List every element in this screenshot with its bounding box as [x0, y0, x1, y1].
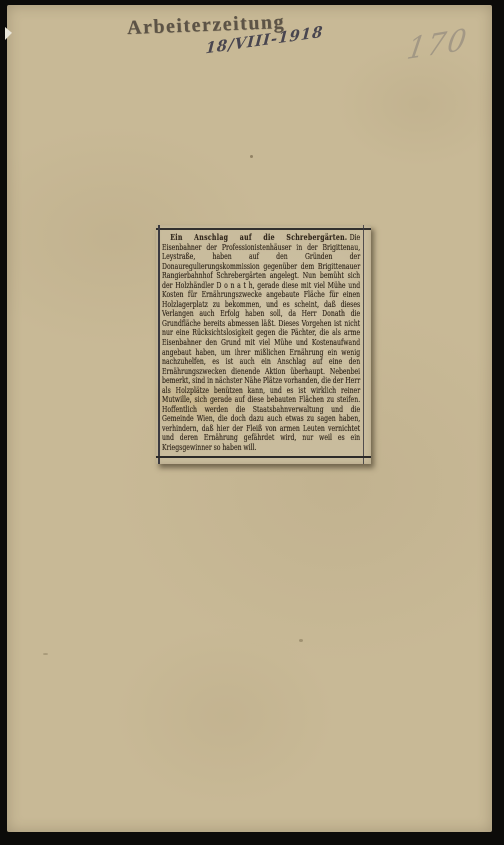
clipping-right-column-rule: [363, 225, 365, 464]
paper-sheet: Arbeiterzeitung 18/VIII-1918 170 Ein Ans…: [7, 5, 492, 832]
paper-tear-mark: [5, 27, 12, 40]
archive-number-pencil: 170: [405, 22, 471, 67]
clipping-top-rule: [156, 228, 371, 230]
clipping-text: Ein Anschlag auf die Schrebergärten.Die …: [162, 233, 360, 453]
paper-speck: [43, 653, 48, 655]
clipping-bottom-rule: [156, 456, 371, 459]
newspaper-clipping: Ein Anschlag auf die Schrebergärten.Die …: [156, 225, 371, 464]
paper-speck: [250, 155, 253, 158]
clipping-body: Die Eisenbahner der Professionistenhäuse…: [162, 232, 360, 452]
paper-speck: [299, 639, 303, 642]
clipping-left-column-rule: [158, 225, 160, 464]
clipping-headline: Ein Anschlag auf die Schrebergärten.: [170, 232, 349, 242]
